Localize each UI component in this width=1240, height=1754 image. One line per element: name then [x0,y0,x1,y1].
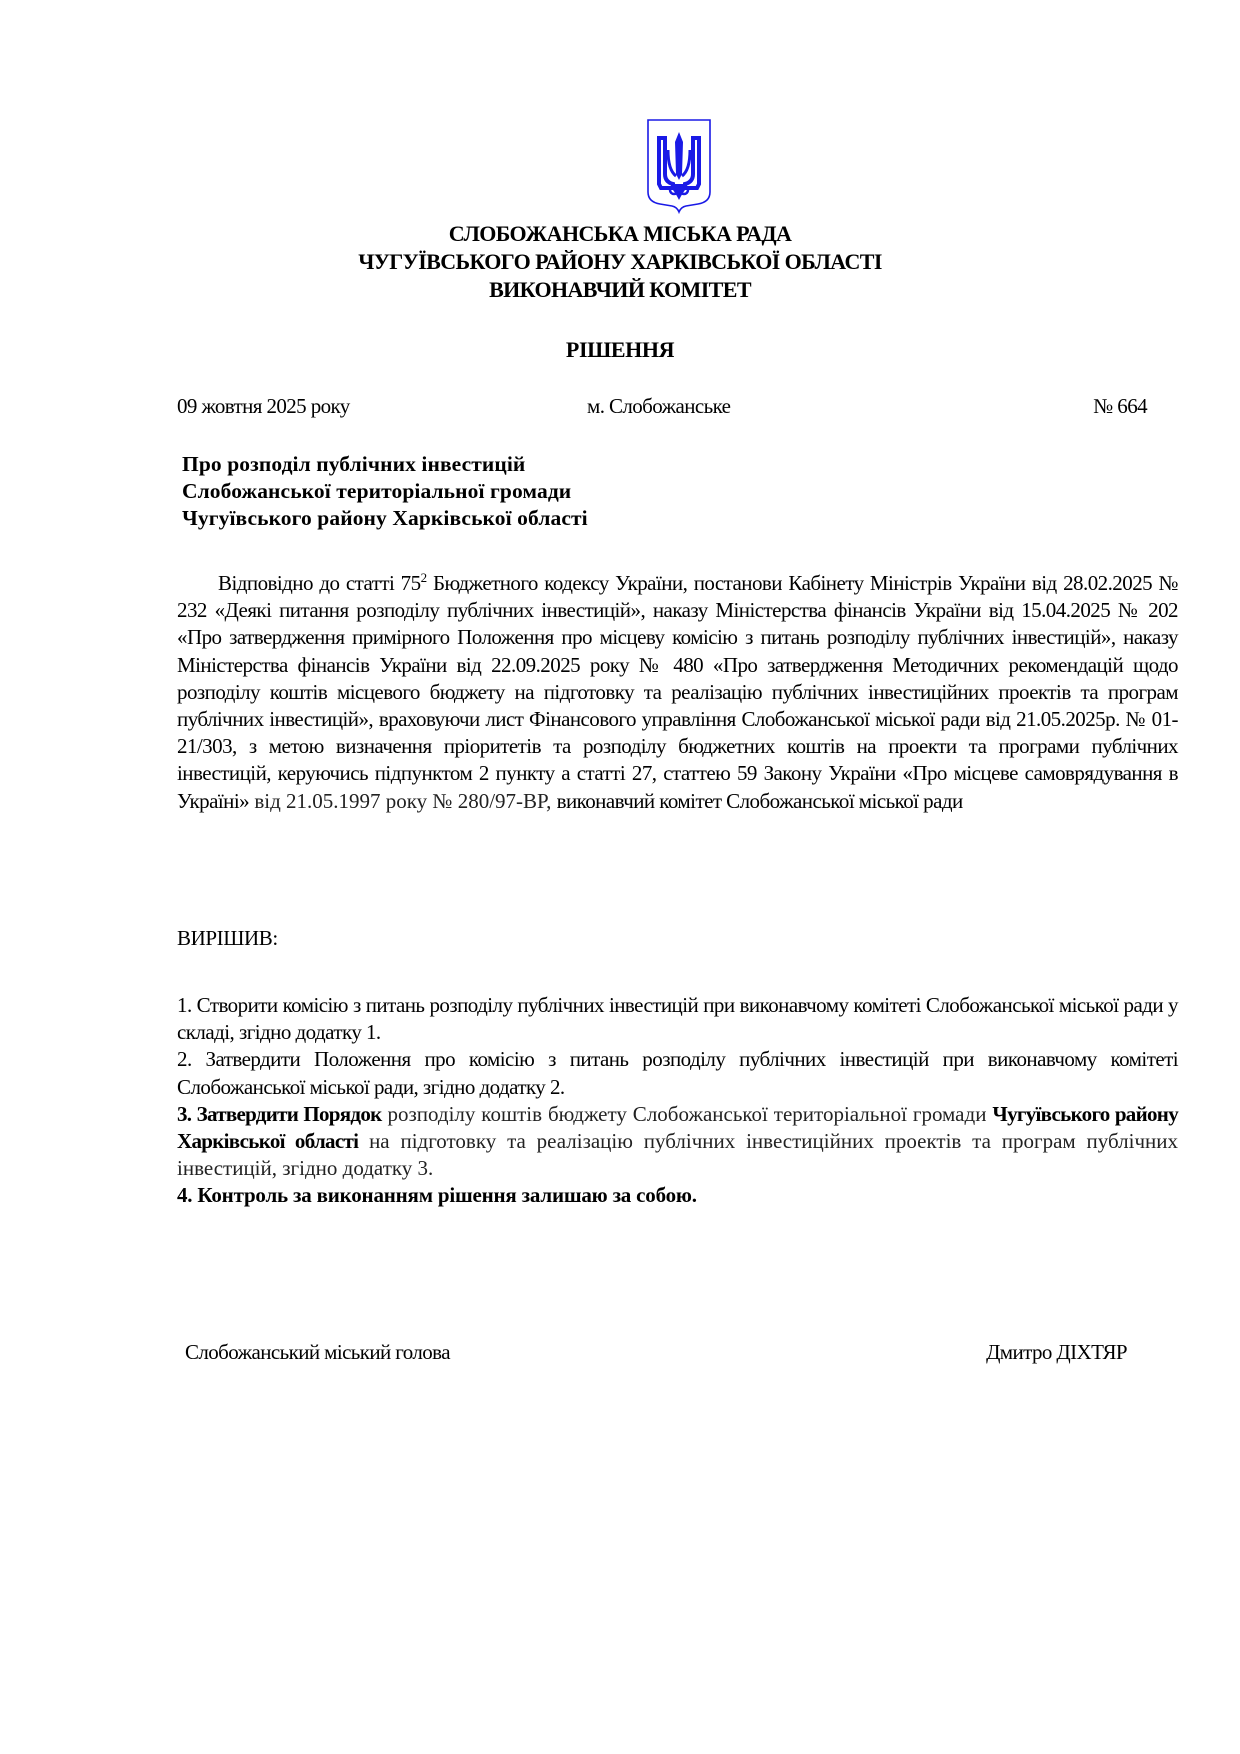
signature-block: Слобожанський міський голова Дмитро ДІХТ… [185,1338,1127,1366]
decision-item-2: 2. Затвердити Положення про комісію з пи… [177,1046,1178,1100]
council-name: СЛОБОЖАНСЬКА МІСЬКА РАДА [0,220,1240,248]
preamble-text-start: Відповідно до статті 75 [218,571,421,595]
document-city: м. Слобожанське [587,392,730,420]
decision-item-3: 3. Затвердити Порядок розподілу коштів б… [177,1101,1178,1183]
subject-line-1: Про розподіл публічних інвестицій [182,451,588,478]
subject-line-2: Слобожанської територіальної громади [182,478,588,505]
decision-item-1: 1. Створити комісію з питань розподілу п… [177,992,1178,1046]
executive-committee: ВИКОНАВЧИЙ КОМІТЕТ [0,276,1240,304]
document-type-title: РІШЕННЯ [0,336,1240,364]
district-region: ЧУГУЇВСЬКОГО РАЙОНУ ХАРКІВСЬКОЇ ОБЛАСТІ [0,248,1240,276]
preamble-paragraph: Відповідно до статті 752 Бюджетного коде… [177,570,1178,815]
item-3-text: розподілу коштів бюджету Слобожанської т… [382,1102,993,1126]
preamble-text-end: виконавчий комітет Слобожанської міської… [557,789,963,813]
item-3-bold-start: 3. Затвердити Порядок [177,1102,382,1126]
document-meta-row: 09 жовтня 2025 року м. Слобожанське № 66… [177,392,1147,420]
document-page: СЛОБОЖАНСЬКА МІСЬКА РАДА ЧУГУЇВСЬКОГО РА… [0,0,1240,1754]
signatory-role: Слобожанський міський голова [185,1338,450,1366]
issuer-header: СЛОБОЖАНСЬКА МІСЬКА РАДА ЧУГУЇВСЬКОГО РА… [0,220,1240,304]
signatory-name: Дмитро ДІХТЯР [986,1338,1127,1366]
document-date: 09 жовтня 2025 року [177,392,350,420]
resolved-label: ВИРІШИВ: [177,925,278,952]
preamble-text-main: Бюджетного кодексу України, постанови Ка… [177,571,1178,813]
document-number: № 664 [1093,392,1147,420]
ukraine-coat-of-arms-icon [646,118,712,214]
decision-item-4: 4. Контроль за виконанням рішення залиша… [177,1182,1178,1209]
decision-subject: Про розподіл публічних інвестицій Слобож… [182,451,588,532]
decision-items: 1. Створити комісію з питань розподілу п… [177,992,1178,1210]
law-date-reference: від 21.05.1997 року № 280/97-ВР, [249,789,557,813]
subject-line-3: Чугуївського району Харківської області [182,505,588,532]
